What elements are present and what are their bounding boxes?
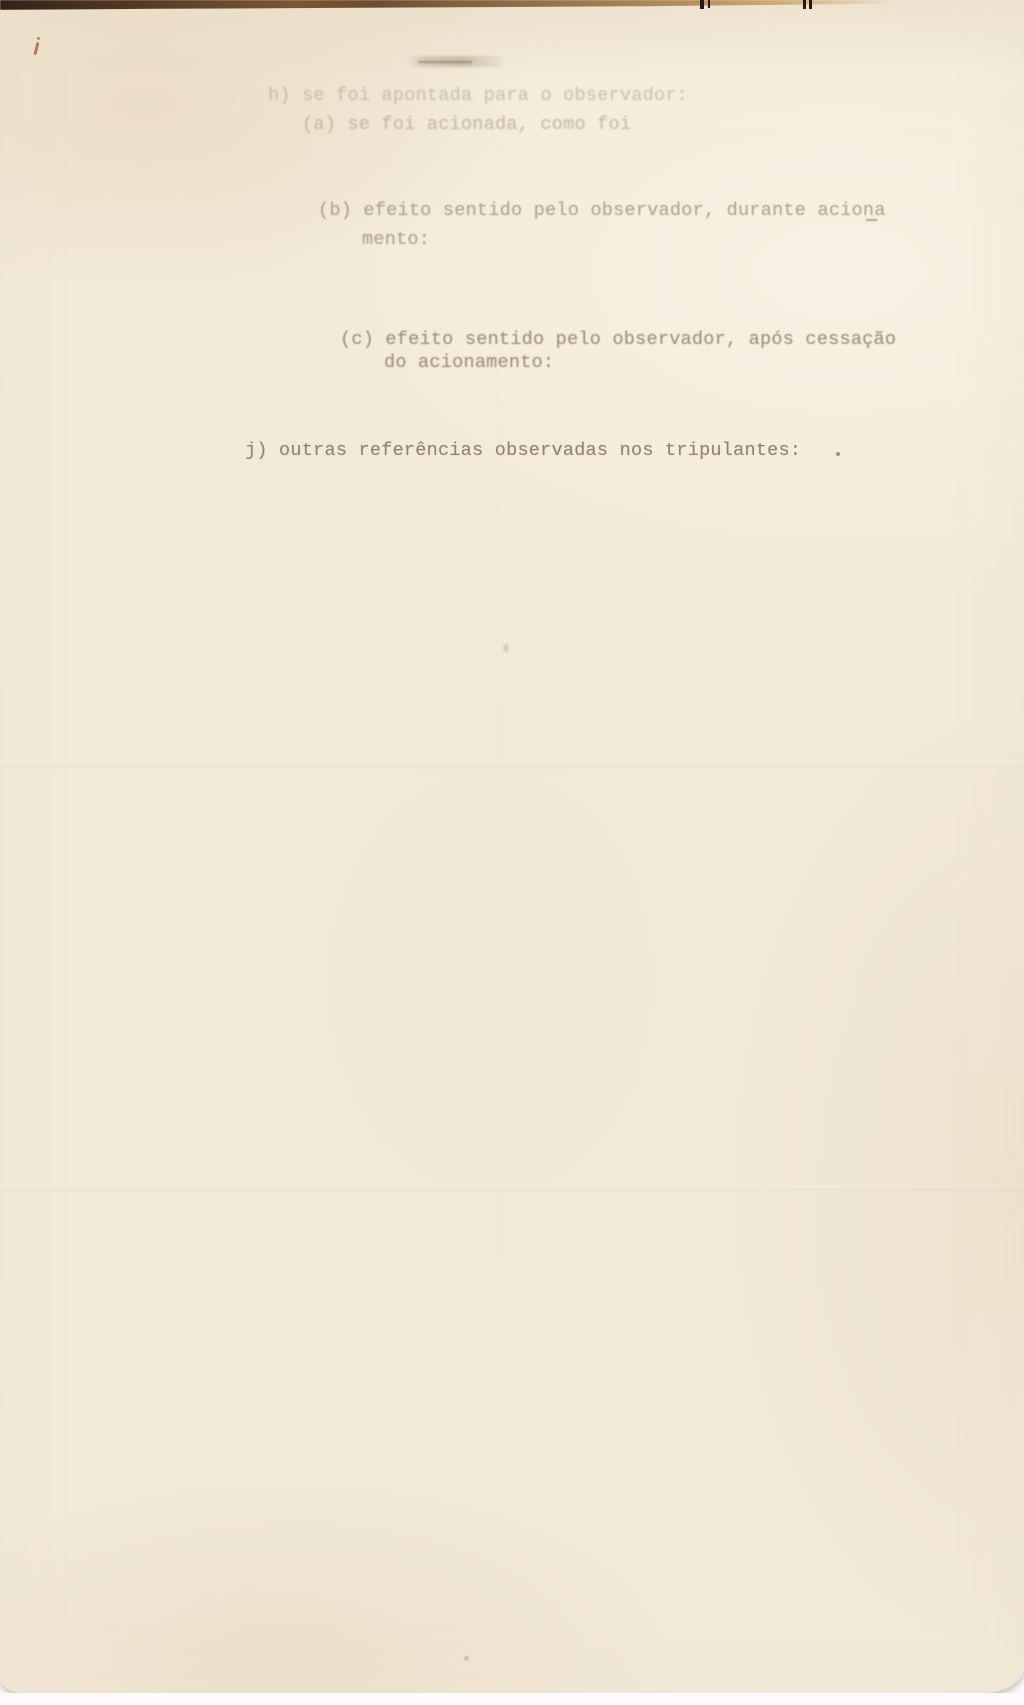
ink-speck xyxy=(464,1656,469,1661)
scan-edge-tick xyxy=(708,0,710,8)
typewritten-line-item-h: h) se foi apontada para o observador: xyxy=(268,85,688,107)
red-pen-dot xyxy=(37,37,40,40)
typewritten-line-item-a: (a) se foi acionada, como foi xyxy=(302,114,631,136)
vertical-fold-crease xyxy=(497,340,499,1520)
typewritten-line-item-c-line1: (c) efeito sentido pelo observador, após… xyxy=(340,329,896,351)
stray-period-dot xyxy=(836,452,840,456)
scanned-document: h) se foi apontada para o observador:(a)… xyxy=(0,0,1024,1705)
scan-edge-tick xyxy=(700,0,704,9)
scanned-page xyxy=(0,0,1024,1693)
scan-edge-tick xyxy=(803,0,806,9)
typewritten-line-item-j: j) outras referências observadas nos tri… xyxy=(245,440,801,462)
typewritten-line-item-c-line2: do acionamento: xyxy=(384,352,554,374)
typewritten-line-item-b-line2: mento: xyxy=(362,229,430,251)
page-number-smudge-core xyxy=(418,61,472,63)
horizontal-fold-crease xyxy=(0,763,1024,767)
horizontal-fold-crease xyxy=(0,1186,1024,1190)
scan-edge-tick xyxy=(809,0,812,9)
scanner-background xyxy=(0,1693,1024,1705)
hyphenation-underline-mark xyxy=(866,219,877,221)
typewritten-line-item-b-line1: (b) efeito sentido pelo observador, dura… xyxy=(318,200,886,222)
ink-speck xyxy=(504,644,508,652)
